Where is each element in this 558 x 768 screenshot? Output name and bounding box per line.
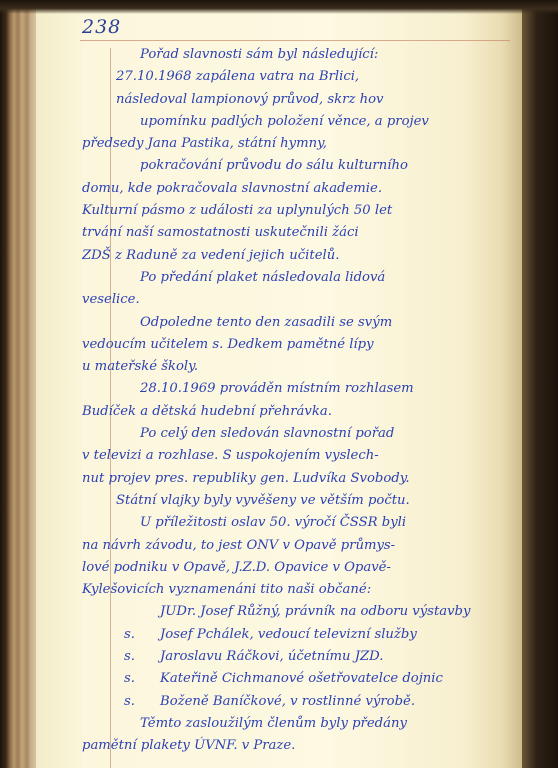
text-line: trvání naší samostatnosti uskutečnili žá… [82,222,520,244]
text-line: 27.10.1968 zapálena vatra na Brlici, [116,66,520,88]
text-line: na návrh závodu, to jest ONV v Opavě prů… [82,535,520,557]
chronicle-body: Pořad slavnosti sám byl následující:27.1… [116,44,520,601]
honoree-text: Boženě Baníčkové, v rostlinné výrobě. [160,694,415,709]
honoree-text: Jaroslavu Ráčkovi, účetnímu JZD. [160,649,383,664]
text-line: Kulturní pásmo z události za uplynulých … [82,200,520,222]
text-line: pamětní plakety ÚVNF. v Praze. [82,735,520,757]
text-line: nut projev pres. republiky gen. Ludvíka … [82,468,520,490]
text-line: následoval lampionový průvod, skrz hov [116,89,520,111]
text-line: lové podniku v Opavě, J.Z.D. Opavice v O… [82,557,520,579]
honoree-mark: s. [116,646,160,668]
text-line: 28.10.1969 prováděn místním rozhlasem [116,378,520,400]
text-line: v televizi a rozhlase. S uspokojením vys… [82,445,520,467]
text-line: Kylešovicích vyznamenáni tito naši občan… [82,579,520,601]
honoree-text: Josef Pchálek, vedoucí televizní služby [160,627,417,642]
honoree-list: JUDr. Josef Růžný, právník na odboru výs… [116,601,520,712]
honoree-mark: s. [116,624,160,646]
text-line: vedoucím učitelem s. Dedkem pamětné lípy [82,334,520,356]
text-line: upomínku padlých položení věnce, a proje… [116,111,520,133]
honoree-text: JUDr. Josef Růžný, právník na odboru výs… [160,604,470,619]
text-line: U příležitosti oslav 50. výročí ČSSR byl… [116,512,520,534]
honoree-text: Kateřině Cichmanové ošetřovatelce dojnic [160,671,443,686]
text-line: veselice. [82,289,520,311]
honoree-mark: s. [116,668,160,690]
facing-page-shadow [522,0,558,768]
text-line: Po celý den sledován slavnostní pořad [116,423,520,445]
text-line: předsedy Jana Pastika, státní hymny, [82,133,520,155]
text-line: domu, kde pokračovala slavnostní akademi… [82,178,520,200]
page-number: 238 [82,16,121,38]
honoree-item: JUDr. Josef Růžný, právník na odboru výs… [116,601,520,623]
header-rule [80,40,510,41]
text-line: pokračování průvodu do sálu kulturního [116,155,520,177]
text-line: u mateřské školy. [82,356,520,378]
text-line: Odpoledne tento den zasadili se svým [116,312,520,334]
text-line: Po předání plaket následovala lidová [116,267,520,289]
book-spine-edge [0,0,36,768]
text-line: Státní vlajky byly vyvěšeny ve větším po… [116,490,520,512]
honoree-item: s.Boženě Baníčkové, v rostlinné výrobě. [116,691,520,713]
text-line: Budíček a dětská hudební přehrávka. [82,401,520,423]
honoree-item: s.Josef Pchálek, vedoucí televizní služb… [116,624,520,646]
top-shadow [0,0,558,14]
text-line: Těmto zasloužilým členům byly předány [116,713,520,735]
chronicle-closing: Těmto zasloužilým členům byly předánypam… [116,713,520,758]
honoree-item: s.Kateřině Cichmanové ošetřovatelce dojn… [116,668,520,690]
text-line: Pořad slavnosti sám byl následující: [116,44,520,66]
handwritten-chronicle-text: Pořad slavnosti sám byl následující:27.1… [116,44,520,758]
honoree-mark: s. [116,691,160,713]
honoree-item: s.Jaroslavu Ráčkovi, účetnímu JZD. [116,646,520,668]
text-line: ZDŠ z Raduně za vedení jejich učitelů. [82,245,520,267]
